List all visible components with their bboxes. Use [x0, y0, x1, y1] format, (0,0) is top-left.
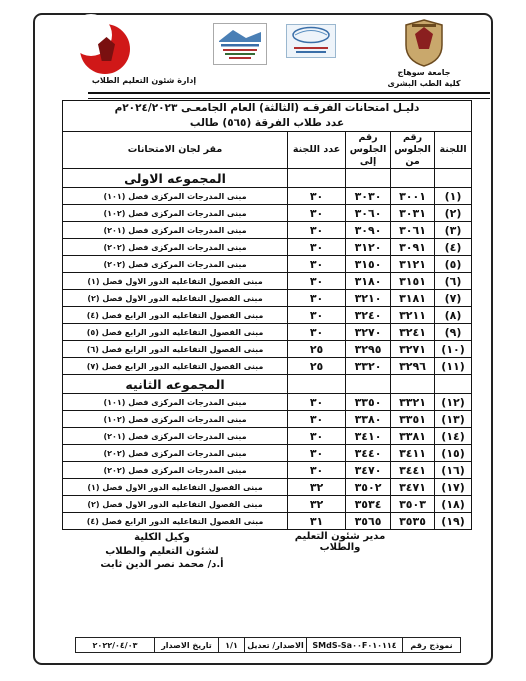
committee-location: مبنى الفصول التفاعليه الدور الرابع فصل (… [63, 324, 288, 341]
seat-to: ٣٥٣٤ [346, 496, 391, 513]
committee-number: (٧) [435, 290, 472, 307]
committee-row: (١٢) ٣٣٢١ ٣٣٥٠ ٣٠ مبنى المدرجات المركزى … [63, 394, 472, 411]
col-committee: اللجنة [435, 132, 472, 169]
committee-count: ٢٥ [288, 358, 346, 375]
committee-number: (٦) [435, 273, 472, 290]
seat-to: ٣٤٧٠ [346, 462, 391, 479]
committee-number: (٩) [435, 324, 472, 341]
seat-from: ٣٥٠٣ [391, 496, 435, 513]
committee-number: (١) [435, 188, 472, 205]
committee-row: (٣) ٣٠٦١ ٣٠٩٠ ٣٠ مبنى المدرجات المركزى ف… [63, 222, 472, 239]
committee-count: ٣٠ [288, 324, 346, 341]
accreditation-building-logo [213, 23, 267, 65]
committee-count: ٢٥ [288, 341, 346, 358]
committee-row: (١١) ٣٢٩٦ ٣٣٢٠ ٢٥ مبنى الفصول التفاعليه … [63, 358, 472, 375]
committee-count: ٣٠ [288, 394, 346, 411]
seat-to: ٣٠٩٠ [346, 222, 391, 239]
committee-count: ٣٠ [288, 273, 346, 290]
seat-from: ٣٣٥١ [391, 411, 435, 428]
committee-count: ٣٠ [288, 239, 346, 256]
seat-from: ٣٠٣١ [391, 205, 435, 222]
signature-vice-dean: وكيل الكلية لشئون التعليم والطلاب أ.د/ م… [98, 531, 226, 572]
committee-location: مبنى الفصول التفاعليه الدور الرابع فصل (… [63, 307, 288, 324]
seat-from: ٣١٥١ [391, 273, 435, 290]
empty-cell [391, 375, 435, 394]
group-title: المجموعه الاولى [63, 169, 288, 188]
seat-to: ٣١٥٠ [346, 256, 391, 273]
committee-location: مبنى الفصول التفاعليه الدور الرابع فصل (… [63, 358, 288, 375]
committee-number: (١٨) [435, 496, 472, 513]
committee-number: (١٤) [435, 428, 472, 445]
committee-count: ٣٠ [288, 428, 346, 445]
committee-location: مبنى المدرجات المركزى فصل (٢٠٢) [63, 445, 288, 462]
committee-row: (٨) ٣٢١١ ٣٢٤٠ ٣٠ مبنى الفصول التفاعليه ا… [63, 307, 472, 324]
group-header-row: المجموعه الاولى [63, 169, 472, 188]
committee-location: مبنى الفصول التفاعليه الدور الاول فصل (١… [63, 479, 288, 496]
committee-location: مبنى المدرجات المركزى فصل (١٠٢) [63, 411, 288, 428]
university-name: جامعة سوهاج [386, 67, 462, 78]
committee-number: (١٧) [435, 479, 472, 496]
seat-to: ٣٢٤٠ [346, 307, 391, 324]
group-header-row: المجموعه الثانيه [63, 375, 472, 394]
form-footer-table: نموذج رقم SMdS-Sa٠٠F٠١٠١١٤ الاصدار/ تعدي… [75, 637, 461, 653]
seat-from: ٣١٨١ [391, 290, 435, 307]
committee-location: مبنى المدرجات المركزى فصل (٢٠٢) [63, 239, 288, 256]
seat-to: ٣٤٤٠ [346, 445, 391, 462]
committee-number: (٤) [435, 239, 472, 256]
committee-row: (١٧) ٣٤٧١ ٣٥٠٢ ٣٢ مبنى الفصول التفاعليه … [63, 479, 472, 496]
committee-number: (٢) [435, 205, 472, 222]
committee-location: مبنى الفصول التفاعليه الدور الرابع فصل (… [63, 513, 288, 530]
committee-number: (١٢) [435, 394, 472, 411]
seat-to: ٣٣٥٠ [346, 394, 391, 411]
committee-count: ٣٠ [288, 411, 346, 428]
committee-location: مبنى المدرجات المركزى فصل (١٠١) [63, 394, 288, 411]
seat-to: ٣٣٨٠ [346, 411, 391, 428]
committee-location: مبنى المدرجات المركزى فصل (٢٠١) [63, 222, 288, 239]
committee-number: (١١) [435, 358, 472, 375]
committee-row: (١٩) ٣٥٣٥ ٣٥٦٥ ٣١ مبنى الفصول التفاعليه … [63, 513, 472, 530]
committee-row: (١٠) ٣٢٧١ ٣٢٩٥ ٢٥ مبنى الفصول التفاعليه … [63, 341, 472, 358]
committee-row: (١٦) ٣٤٤١ ٣٤٧٠ ٣٠ مبنى المدرجات المركزى … [63, 462, 472, 479]
seat-from: ٣٠٠١ [391, 188, 435, 205]
committee-count: ٣٠ [288, 290, 346, 307]
issue-date-label: تاريخ الاصدار [155, 638, 219, 653]
signature-director: مدير شئون التعليم والطلاب [276, 531, 404, 553]
header-divider [88, 92, 490, 99]
committee-row: (٦) ٣١٥١ ٣١٨٠ ٣٠ مبنى الفصول التفاعليه ا… [63, 273, 472, 290]
seat-to: ٣٠٦٠ [346, 205, 391, 222]
committee-number: (٥) [435, 256, 472, 273]
col-seat-from: رقم الجلوسمن [391, 132, 435, 169]
committee-count: ٣٠ [288, 462, 346, 479]
committee-number: (١٠) [435, 341, 472, 358]
committee-location: مبنى المدرجات المركزى فصل (٢٠٢) [63, 462, 288, 479]
seat-from: ٣٢٤١ [391, 324, 435, 341]
committee-row: (١٥) ٣٤١١ ٣٤٤٠ ٣٠ مبنى المدرجات المركزى … [63, 445, 472, 462]
seat-from: ٣٤١١ [391, 445, 435, 462]
empty-cell [346, 375, 391, 394]
faculty-name: كلية الطب البشرى [386, 78, 462, 89]
committee-location: مبنى الفصول التفاعليه الدور الاول فصل (١… [63, 273, 288, 290]
col-seat-to: رقم الجلوسإلى [346, 132, 391, 169]
exam-table-body: دليـل امتحانات الفرقـه (الثالثة) العام ا… [63, 101, 472, 530]
committee-number: (١٦) [435, 462, 472, 479]
committee-count: ٣٠ [288, 445, 346, 462]
seat-to: ٣٠٣٠ [346, 188, 391, 205]
accreditation-oval-logo [286, 24, 336, 58]
committee-count: ٣٠ [288, 256, 346, 273]
committee-location: مبنى الفصول التفاعليه الدور الرابع فصل (… [63, 341, 288, 358]
seat-from: ٣٢٧١ [391, 341, 435, 358]
vice-dean-name: أ.د/ محمد نصر الدين ثابت [98, 558, 226, 572]
seat-to: ٣٥٠٢ [346, 479, 391, 496]
vice-dean-title1: وكيل الكلية [98, 531, 226, 545]
committee-row: (٩) ٣٢٤١ ٣٢٧٠ ٣٠ مبنى الفصول التفاعليه ا… [63, 324, 472, 341]
department-label: إدارة شئون التعليم الطلاب [88, 76, 200, 85]
seat-from: ٣١٢١ [391, 256, 435, 273]
committee-number: (١٣) [435, 411, 472, 428]
committee-location: مبنى المدرجات المركزى فصل (١٠١) [63, 188, 288, 205]
empty-cell [288, 375, 346, 394]
seat-to: ٣٢٧٠ [346, 324, 391, 341]
committee-location: مبنى المدرجات المركزى فصل (٢٠٢) [63, 256, 288, 273]
committee-row: (١٣) ٣٣٥١ ٣٣٨٠ ٣٠ مبنى المدرجات المركزى … [63, 411, 472, 428]
form-no-label: نموذج رقم [403, 638, 461, 653]
seat-from: ٣٥٣٥ [391, 513, 435, 530]
seat-to: ٣٢٩٥ [346, 341, 391, 358]
seat-from: ٣٣٨١ [391, 428, 435, 445]
committee-number: (٣) [435, 222, 472, 239]
empty-cell [435, 169, 472, 188]
empty-cell [391, 169, 435, 188]
committee-row: (٤) ٣٠٩١ ٣١٢٠ ٣٠ مبنى المدرجات المركزى ف… [63, 239, 472, 256]
table-header-row: اللجنة رقم الجلوسمن رقم الجلوسإلى عدد ال… [63, 132, 472, 169]
committee-count: ٣٠ [288, 222, 346, 239]
title-line1: دليـل امتحانات الفرقـه (الثالثة) العام ا… [63, 101, 471, 116]
committee-count: ٣٠ [288, 205, 346, 222]
committee-row: (٢) ٣٠٣١ ٣٠٦٠ ٣٠ مبنى المدرجات المركزى ف… [63, 205, 472, 222]
committee-row: (٧) ٣١٨١ ٣٢١٠ ٣٠ مبنى الفصول التفاعليه ا… [63, 290, 472, 307]
vice-dean-title2: لشئون التعليم والطلاب [98, 545, 226, 559]
seat-from: ٣٠٦١ [391, 222, 435, 239]
seat-to: ٣١٨٠ [346, 273, 391, 290]
seat-from: ٣٤٧١ [391, 479, 435, 496]
committee-number: (٨) [435, 307, 472, 324]
seat-from: ٣٣٢١ [391, 394, 435, 411]
red-crescent-eagle-logo [74, 23, 136, 75]
group-title: المجموعه الثانيه [63, 375, 288, 394]
committee-row: (١٤) ٣٣٨١ ٣٤١٠ ٣٠ مبنى المدرجات المركزى … [63, 428, 472, 445]
committee-number: (١٥) [435, 445, 472, 462]
seat-to: ٣٢١٠ [346, 290, 391, 307]
committee-location: مبنى المدرجات المركزى فصل (٢٠١) [63, 428, 288, 445]
seat-to: ٣٥٦٥ [346, 513, 391, 530]
form-no-value: SMdS-Sa٠٠F٠١٠١١٤ [307, 638, 403, 653]
committee-count: ٣٢ [288, 479, 346, 496]
empty-cell [346, 169, 391, 188]
issue-label: الاصدار/ تعديل [245, 638, 307, 653]
seat-to: ٣٤١٠ [346, 428, 391, 445]
committee-count: ٣٠ [288, 307, 346, 324]
committee-location: مبنى الفصول التفاعليه الدور الاول فصل (٢… [63, 496, 288, 513]
empty-cell [435, 375, 472, 394]
issue-value: ١/١ [219, 638, 245, 653]
table-title: دليـل امتحانات الفرقـه (الثالثة) العام ا… [63, 101, 472, 132]
issue-date-value: ٢٠٢٢/٠٤/٠٣ [76, 638, 155, 653]
col-location: مقر لجان الامتحانات [63, 132, 288, 169]
committee-count: ٣٢ [288, 496, 346, 513]
form-footer-row: نموذج رقم SMdS-Sa٠٠F٠١٠١١٤ الاصدار/ تعدي… [76, 638, 461, 653]
committee-count: ٣١ [288, 513, 346, 530]
seat-to: ٣١٢٠ [346, 239, 391, 256]
table-title-row: دليـل امتحانات الفرقـه (الثالثة) العام ا… [63, 101, 472, 132]
seat-from: ٣٤٤١ [391, 462, 435, 479]
seat-from: ٣٢١١ [391, 307, 435, 324]
empty-cell [288, 169, 346, 188]
seat-from: ٣٢٩٦ [391, 358, 435, 375]
col-count: عدد اللجنة [288, 132, 346, 169]
committee-number: (١٩) [435, 513, 472, 530]
committee-row: (١) ٣٠٠١ ٣٠٣٠ ٣٠ مبنى المدرجات المركزى ف… [63, 188, 472, 205]
exam-committees-table: دليـل امتحانات الفرقـه (الثالثة) العام ا… [62, 100, 472, 530]
committee-row: (٥) ٣١٢١ ٣١٥٠ ٣٠ مبنى المدرجات المركزى ف… [63, 256, 472, 273]
sohag-university-shield [404, 19, 444, 67]
seat-to: ٣٣٢٠ [346, 358, 391, 375]
university-label: جامعة سوهاج كلية الطب البشرى [386, 67, 462, 89]
title-line2: عدد طلاب الفرقة (٥٦٥) طالب [63, 116, 471, 131]
committee-row: (١٨) ٣٥٠٣ ٣٥٣٤ ٣٢ مبنى الفصول التفاعليه … [63, 496, 472, 513]
committee-location: مبنى المدرجات المركزى فصل (١٠٢) [63, 205, 288, 222]
committee-location: مبنى الفصول التفاعليه الدور الاول فصل (٢… [63, 290, 288, 307]
committee-count: ٣٠ [288, 188, 346, 205]
seat-from: ٣٠٩١ [391, 239, 435, 256]
